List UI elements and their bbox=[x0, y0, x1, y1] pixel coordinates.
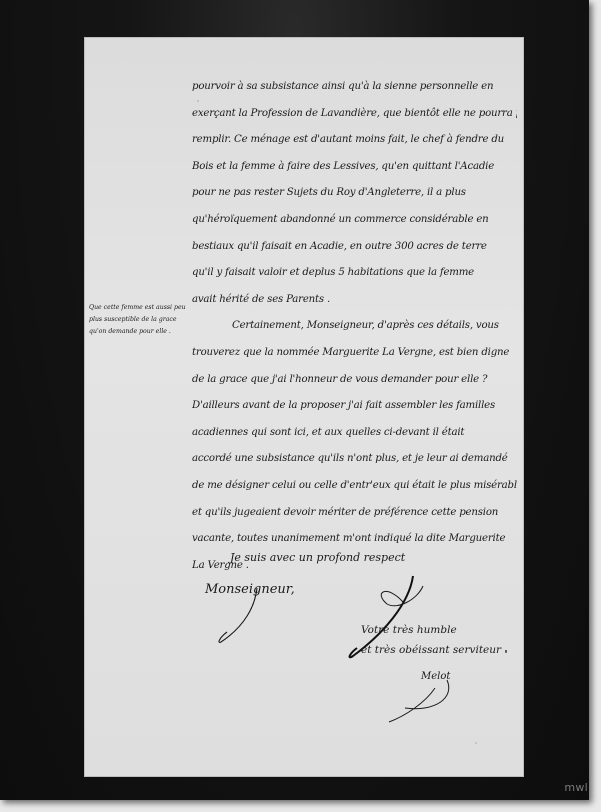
body-line: bestiaux qu'il faisait en Acadie, en out… bbox=[192, 238, 517, 265]
sign-line: Votre très humble bbox=[361, 620, 508, 640]
body-line: remplir. Ce ménage est d'autant moins fa… bbox=[192, 131, 517, 158]
body-line: accordé une subsistance qu'ils n'ont plu… bbox=[192, 450, 517, 477]
body-line: qu'il y faisait valoir et deplus 5 habit… bbox=[192, 264, 517, 291]
body-line: exerçant la Profession de Lavandière, qu… bbox=[192, 105, 517, 132]
body-line: et qu'ils jugeaient devoir mériter de pr… bbox=[192, 504, 517, 531]
complimentary-close: Votre très humble et très obéissant serv… bbox=[361, 620, 508, 660]
body-line: de la grace que j'ai l'honneur de vous d… bbox=[192, 371, 517, 398]
body-line: de me désigner celui ou celle d'entr'eux… bbox=[192, 477, 517, 504]
body-line: avait hérité de ses Parents . bbox=[192, 291, 517, 318]
margin-note-line: qu'on demande pour elle . bbox=[89, 326, 195, 338]
body-line: acadiennes qui sont ici, et aux quelles … bbox=[192, 424, 517, 451]
salutation-flourish-icon bbox=[215, 586, 275, 646]
margin-note-line: plus susceptible de la grace bbox=[89, 314, 195, 326]
margin-annotation: Que cette femme est aussi peu plus susce… bbox=[89, 302, 195, 338]
sign-line: et très obéissant serviteur . bbox=[361, 640, 508, 660]
letter-body: pourvoir à sa subsistance ainsi qu'à la … bbox=[192, 78, 517, 583]
body-line: D'ailleurs avant de la proposer j'ai fai… bbox=[192, 397, 517, 424]
body-line: Certainement, Monseigneur, d'après ces d… bbox=[192, 317, 517, 344]
watermark: mwl bbox=[564, 781, 588, 794]
manuscript-page: Que cette femme est aussi peu plus susce… bbox=[84, 37, 524, 777]
body-line: Bois et la femme à faire des Lessives, q… bbox=[192, 158, 517, 185]
body-line: pourvoir à sa subsistance ainsi qu'à la … bbox=[192, 78, 517, 105]
margin-note-line: Que cette femme est aussi peu bbox=[89, 302, 195, 314]
body-line: trouverez que la nommée Marguerite La Ve… bbox=[192, 344, 517, 371]
body-line: pour ne pas rester Sujets du Roy d'Angle… bbox=[192, 184, 517, 211]
body-line: qu'héroïquement abandonné un commerce co… bbox=[192, 211, 517, 238]
closing-formula: Je suis avec un profond respect bbox=[230, 551, 405, 564]
signature-paraph-icon bbox=[385, 678, 455, 723]
